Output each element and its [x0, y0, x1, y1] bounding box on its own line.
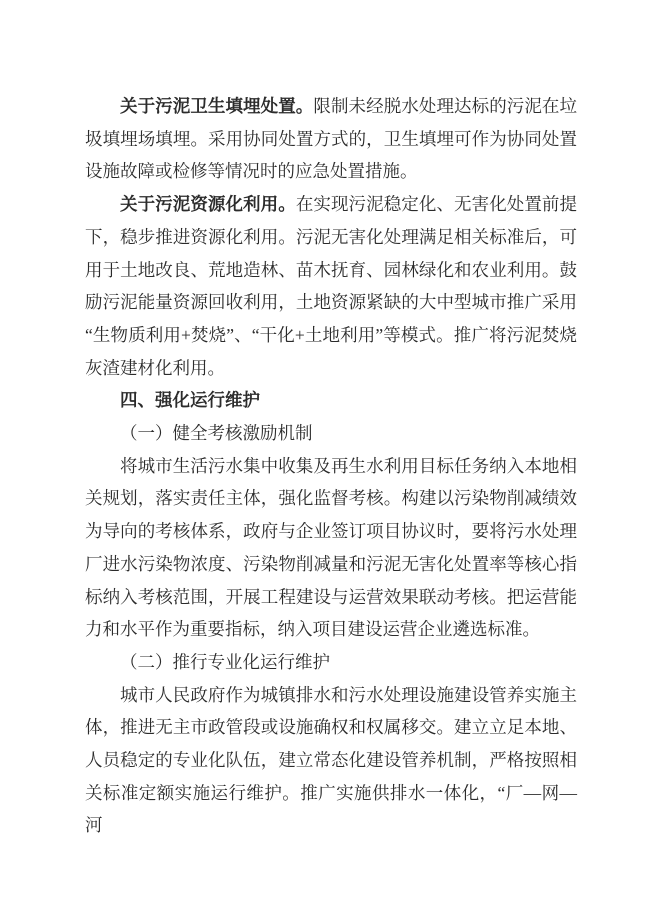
- paragraph-lead-sludge-landfill: 关于污泥卫生填埋处置。: [120, 96, 313, 116]
- paragraph-sludge-resource: 关于污泥资源化利用。在实现污泥稳定化、无害化处置前提下，稳步推进资源化利用。污泥…: [85, 188, 577, 384]
- paragraph-assessment: 将城市生活污水集中收集及再生水利用目标任务纳入本地相关规划，落实责任主体，强化监…: [85, 450, 577, 646]
- document-page: 关于污泥卫生填埋处置。限制未经脱水处理达标的污泥在垃圾填埋场填埋。采用协同处置方…: [0, 0, 661, 921]
- subsection-1-heading: （一）健全考核激励机制: [85, 417, 577, 450]
- paragraph-sludge-landfill: 关于污泥卫生填埋处置。限制未经脱水处理达标的污泥在垃圾填埋场填埋。采用协同处置方…: [85, 90, 577, 188]
- paragraph-lead-sludge-resource: 关于污泥资源化利用。: [120, 194, 296, 214]
- paragraph-professional: 城市人民政府作为城镇排水和污水处理设施建设管养实施主体，推进无主市政管段或设施确…: [85, 679, 577, 843]
- subsection-2-heading: （二）推行专业化运行维护: [85, 646, 577, 679]
- paragraph-text-sludge-resource: 在实现污泥稳定化、无害化处置前提下，稳步推进资源化利用。污泥无害化处理满足相关标…: [85, 194, 577, 378]
- section-heading-4: 四、强化运行维护: [85, 384, 577, 417]
